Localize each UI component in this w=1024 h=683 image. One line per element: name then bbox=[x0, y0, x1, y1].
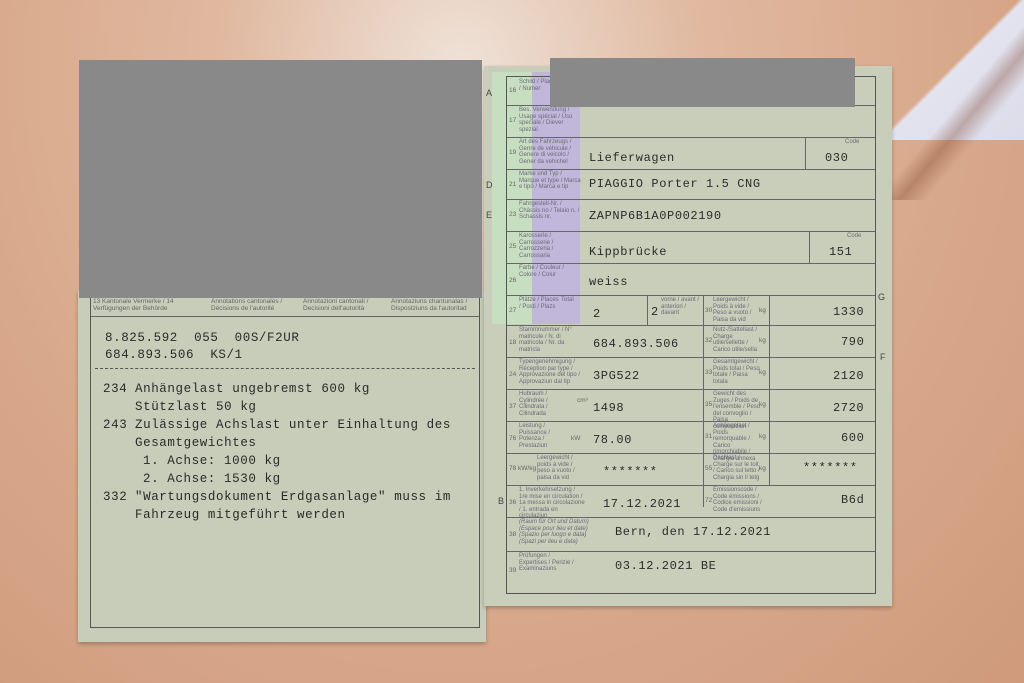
train-weight-value: 2720 bbox=[833, 401, 864, 415]
unit: kg bbox=[759, 401, 766, 408]
divider bbox=[647, 295, 648, 325]
payload-value: 790 bbox=[841, 335, 864, 349]
field-number: 36 bbox=[509, 499, 516, 506]
divider bbox=[769, 453, 770, 485]
right-page: A D E B G F 16 Schild / Plaque / Targa /… bbox=[484, 66, 892, 606]
field-25-body: 25 Karosserie / Carrosserie / Carrozzeri… bbox=[507, 231, 875, 264]
field-number: 37 bbox=[509, 403, 516, 410]
divider bbox=[769, 357, 770, 389]
field-78-55-row: 78 kW/kg Leergewicht / poids à vide / pe… bbox=[507, 453, 875, 486]
divider bbox=[769, 389, 770, 421]
unit: kg bbox=[759, 369, 766, 376]
code-label: Code bbox=[845, 139, 859, 146]
field-label: Karosserie / Carrosserie / Carrozzeria /… bbox=[519, 233, 581, 259]
note-row: Gesamtgewichtes bbox=[103, 434, 475, 452]
redacted-area-owner bbox=[79, 60, 482, 298]
field-label: Art des Fahrzeugs / Genre de véhicule / … bbox=[519, 139, 581, 165]
note-text: Zulässige Achslast unter Einhaltung des bbox=[135, 416, 451, 434]
field-number: 21 bbox=[509, 181, 516, 188]
field-27-30-row: 27 Plätze / Places / Posti / Plazs Total… bbox=[507, 295, 875, 326]
field-number: 26 bbox=[509, 277, 516, 284]
note-number: 243 bbox=[103, 416, 135, 434]
redacted-area-plate bbox=[550, 58, 855, 107]
divider bbox=[805, 137, 806, 169]
empty-weight-value: 1330 bbox=[833, 305, 864, 319]
field-number: 30 bbox=[705, 307, 712, 314]
field-76-31-row: 76 Leistung / Puissance / Potenza / Pres… bbox=[507, 421, 875, 454]
note-text: Anhängelast ungebremst 600 kg bbox=[135, 380, 370, 398]
note-text: 1. Achse: 1000 kg bbox=[135, 452, 281, 470]
registry-number-value: 684.893.506 bbox=[593, 337, 679, 351]
field-18-32-row: 18 Stammnummer / N° matricule / N. di ma… bbox=[507, 325, 875, 358]
field-number: 24 bbox=[509, 371, 516, 378]
unit: cm³ bbox=[577, 397, 588, 404]
note-text: Fahrzeug mitgeführt werden bbox=[135, 506, 346, 524]
field-number: 39 bbox=[509, 567, 516, 574]
field-number: 19 bbox=[509, 149, 516, 156]
note-number bbox=[103, 452, 135, 470]
annotations-box: 13 Kantonale Vermerke / 14 Verfügungen d… bbox=[90, 295, 480, 628]
field-37-35-row: 37 Hubraum / Cylindrée / Cilindrata / Ci… bbox=[507, 389, 875, 422]
make-model-value: PIAGGIO Porter 1.5 CNG bbox=[589, 177, 761, 191]
front-label: vorne / avant / anteriori / davant bbox=[661, 297, 701, 317]
divider bbox=[809, 231, 810, 263]
divider bbox=[769, 421, 770, 453]
field-label: Marke und Typ / Marque et type / Marca e… bbox=[519, 171, 581, 191]
field-number: 76 bbox=[509, 435, 516, 442]
field-number: 18 bbox=[509, 339, 516, 346]
divider bbox=[769, 325, 770, 357]
power-weight-value: ******* bbox=[603, 465, 658, 479]
registration-table: 16 Schild / Plaque / Targa / Numer 17 Be… bbox=[506, 76, 876, 594]
note-number: 332 bbox=[103, 488, 135, 506]
field-26-color: 26 Farbe / Couleur / Colore / Colur weis… bbox=[507, 263, 875, 296]
field-number: 78 kW/kg bbox=[509, 465, 536, 472]
note-number bbox=[103, 506, 135, 524]
field-number: 35 bbox=[705, 401, 712, 408]
side-letter-a: A bbox=[486, 88, 492, 98]
note-row: Fahrzeug mitgeführt werden bbox=[103, 506, 475, 524]
unit: kg bbox=[759, 433, 766, 440]
field-label: Fahrgestell-Nr. / Châssis no / Telaio n.… bbox=[519, 201, 581, 221]
total-weight-value: 2120 bbox=[833, 369, 864, 383]
note-row: 332"Wartungsdokument Erdgasanlage" muss … bbox=[103, 488, 475, 506]
side-letter-e: E bbox=[486, 210, 492, 220]
field-23-vin: 23 Fahrgestell-Nr. / Châssis no / Telaio… bbox=[507, 199, 875, 232]
registration-codes: 8.825.592 055 00S/F2UR 684.893.506 KS/1 bbox=[105, 330, 299, 364]
field-36-72-row: 36 1. Inverkehrsetzung / 1re mise en cir… bbox=[507, 485, 875, 518]
seats-front-value: 2 bbox=[651, 305, 659, 319]
dashed-divider bbox=[95, 368, 475, 369]
field-39-inspections: 39 Prüfungen / Expertises / Perizie / Ex… bbox=[507, 551, 875, 593]
note-text: Stützlast 50 kg bbox=[135, 398, 257, 416]
field-number: 23 bbox=[509, 211, 516, 218]
annotations-header: 13 Kantonale Vermerke / 14 Verfügungen d… bbox=[91, 296, 479, 317]
field-19-vehicle-type: 19 Art des Fahrzeugs / Genre de véhicule… bbox=[507, 137, 875, 170]
authority-notes: 234Anhängelast ungebremst 600 kg Stützla… bbox=[103, 380, 475, 524]
field-24-33-row: 24 Typengenehmigung / Réception par type… bbox=[507, 357, 875, 390]
header-label-fr: Annotations cantonales / Décisions de l'… bbox=[211, 298, 301, 312]
field-17: 17 Bes. Verwendung / Usage spécial / Uso… bbox=[507, 105, 875, 138]
note-row: 234Anhängelast ungebremst 600 kg bbox=[103, 380, 475, 398]
field-label: (Raum für Ort und Datum) (Espace pour li… bbox=[519, 519, 595, 545]
power-value: 78.00 bbox=[593, 433, 632, 447]
trailer-load-value: 600 bbox=[841, 431, 864, 445]
note-number: 234 bbox=[103, 380, 135, 398]
code-line-2: 684.893.506 KS/1 bbox=[105, 347, 299, 364]
field-label: Stammnummer / N° matricule / N. di matri… bbox=[519, 327, 579, 353]
field-label: Leergewicht / poids à vide / peso a vuot… bbox=[537, 455, 581, 481]
body-value: Kippbrücke bbox=[589, 245, 667, 259]
unit: kW bbox=[571, 435, 580, 442]
place-date-value: Bern, den 17.12.2021 bbox=[615, 525, 771, 539]
roof-load-value: ******* bbox=[803, 461, 858, 475]
header-label-de: 13 Kantonale Vermerke / 14 Verfügungen d… bbox=[93, 298, 193, 312]
field-label: Emissionscode / Code émissions / Codice … bbox=[713, 487, 765, 513]
unit: kg bbox=[759, 465, 766, 472]
field-number: 55 bbox=[705, 465, 712, 472]
field-label: Dachlast / Charge sur le toit / Carico s… bbox=[713, 455, 761, 481]
unit: kg bbox=[759, 307, 766, 314]
field-label: Leistung / Puissance / Potenza / Prestaz… bbox=[519, 423, 569, 449]
note-number bbox=[103, 398, 135, 416]
field-number: 38 bbox=[509, 531, 516, 538]
code-line-1: 8.825.592 055 00S/F2UR bbox=[105, 330, 299, 347]
total-label: Total bbox=[561, 297, 574, 304]
unit: kg bbox=[759, 337, 766, 344]
field-38-place-date: 38 (Raum für Ort und Datum) (Espace pour… bbox=[507, 517, 875, 552]
note-number bbox=[103, 470, 135, 488]
field-label: Nutz-/Sattellast / Charge utile/sellette… bbox=[713, 327, 761, 353]
field-number: 16 bbox=[509, 87, 516, 94]
side-letter-f: F bbox=[880, 352, 886, 362]
first-registration-value: 17.12.2021 bbox=[603, 497, 681, 511]
seats-total-value: 2 bbox=[593, 307, 601, 321]
displacement-value: 1498 bbox=[593, 401, 624, 415]
field-number: 32 bbox=[705, 337, 712, 344]
field-label: Bes. Verwendung / Usage spécial / Uso sp… bbox=[519, 107, 581, 133]
field-label: Hubraum / Cylindrée / Cilindrata / Cilin… bbox=[519, 391, 569, 417]
field-21-make-model: 21 Marke und Typ / Marque et type / Marc… bbox=[507, 169, 875, 200]
note-number bbox=[103, 434, 135, 452]
field-number: 17 bbox=[509, 117, 516, 124]
field-label: Plätze / Places / Posti / Plazs bbox=[519, 297, 559, 310]
field-label: Prüfungen / Expertises / Perizie / Exami… bbox=[519, 553, 579, 573]
divider bbox=[769, 295, 770, 325]
vehicle-type-value: Lieferwagen bbox=[589, 151, 675, 165]
field-number: 27 bbox=[509, 307, 516, 314]
field-label: Leergewicht / Poids à vide / Peso a vuot… bbox=[713, 297, 763, 323]
note-row: 2. Achse: 1530 kg bbox=[103, 470, 475, 488]
note-text: Gesamtgewichtes bbox=[135, 434, 257, 452]
note-row: Stützlast 50 kg bbox=[103, 398, 475, 416]
header-label-it: Annotazioni cantonali / Decisioni dell'a… bbox=[303, 298, 393, 312]
note-text: 2. Achse: 1530 kg bbox=[135, 470, 281, 488]
vehicle-type-code: 030 bbox=[825, 151, 848, 165]
side-letter-d: D bbox=[486, 180, 493, 190]
type-approval-value: 3PG522 bbox=[593, 369, 640, 383]
field-label: Gesamtgewicht / Poids total / Peso total… bbox=[713, 359, 761, 385]
field-number: 31 bbox=[705, 433, 712, 440]
field-label: Farbe / Couleur / Colore / Colur bbox=[519, 265, 581, 278]
side-letter-b: B bbox=[498, 496, 504, 506]
code-label: Code bbox=[847, 233, 861, 240]
note-row: 1. Achse: 1000 kg bbox=[103, 452, 475, 470]
field-number: 25 bbox=[509, 243, 516, 250]
note-text: "Wartungsdokument Erdgasanlage" muss im bbox=[135, 488, 451, 506]
left-page: 13 Kantonale Vermerke / 14 Verfügungen d… bbox=[78, 290, 486, 642]
inspection-value: 03.12.2021 BE bbox=[615, 559, 716, 573]
header-label-rm: Annotaziuns chantunalas / Dispostziuns d… bbox=[391, 298, 481, 312]
vin-value: ZAPNP6B1A0P002190 bbox=[589, 209, 722, 223]
note-row: 243Zulässige Achslast unter Einhaltung d… bbox=[103, 416, 475, 434]
field-number: 33 bbox=[705, 369, 712, 376]
body-code: 151 bbox=[829, 245, 852, 259]
field-number: 72 bbox=[705, 497, 712, 504]
field-label: 1. Inverkehrsetzung / 1re mise en circul… bbox=[519, 487, 585, 520]
emission-code-value: B6d bbox=[841, 493, 864, 507]
color-value: weiss bbox=[589, 275, 628, 289]
side-letter-g: G bbox=[878, 292, 885, 302]
field-label: Typengenehmigung / Réception par type / … bbox=[519, 359, 581, 385]
